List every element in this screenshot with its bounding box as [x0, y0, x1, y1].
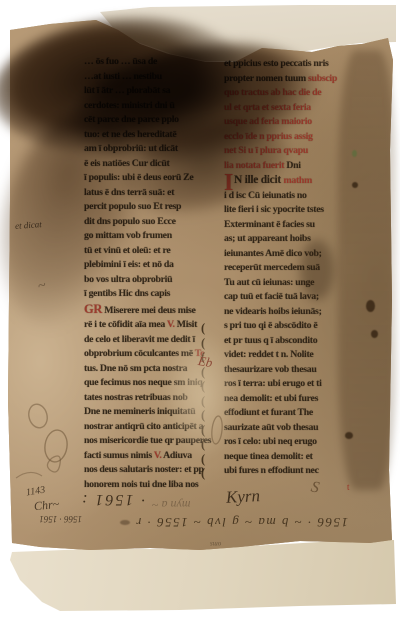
paraph-flourish: (: [201, 437, 205, 452]
body-text: obprobrium cōculcantes mē: [84, 348, 195, 359]
paraph-flourish: (: [201, 336, 205, 351]
ink-speck: [352, 182, 358, 188]
text-line: bo vos ultra obprobriū: [84, 273, 224, 288]
body-text: tates nostras retribuas nob: [84, 392, 188, 403]
text-line: ubi fures n effodiunt nec: [224, 464, 349, 479]
rubric-text: ul et qrta et sexta feria: [224, 102, 311, 113]
text-line: lia notata fuerit Dni: [224, 159, 349, 174]
text-line: i d isc Cū ieiunatis no: [224, 189, 349, 204]
body-text: Miserere mei deus mise: [102, 305, 195, 316]
text-line: latus ē dns terrā suā: et: [84, 186, 224, 201]
text-line: as; ut appareant hoibs: [224, 232, 349, 247]
body-text: que fecimus nos neque sm iniq: [84, 377, 202, 388]
body-text: tuo: et ne des hereditatē: [84, 129, 176, 140]
text-line: effodiunt et furant The: [224, 406, 349, 421]
body-text: ros ī terra: ubi erugo et ti: [224, 378, 322, 389]
body-text: cēt parce dne parce pplo: [84, 114, 179, 125]
rubric-text: usque ad feria maiorio: [224, 116, 312, 127]
text-line: lūt ī ātr … plorabāt sa: [84, 84, 224, 99]
text-line: ros ī celo: ubi neq erugo: [224, 435, 349, 450]
body-text: Adiuva: [162, 450, 192, 461]
text-line: ros ī terra: ubi erugo et ti: [224, 377, 349, 392]
ink-speck: [371, 330, 378, 338]
line-initial-flourish-chain: (((((((((((: [201, 321, 205, 481]
body-text: Misit: [175, 319, 197, 330]
text-line: ī gentibs Hic dns capis: [84, 287, 224, 302]
body-text: bo vos ultra obprobriū: [84, 274, 172, 285]
text-line: nea demolit: et ubi fures: [224, 392, 349, 407]
manuscript-photo: … ōs fuo … ūsa de…at iusti … nestibulūt …: [0, 0, 400, 623]
text-line: go mittam vob frumen: [84, 229, 224, 244]
body-text: … ōs fuo … ūsa de: [84, 56, 157, 67]
body-text: cerdotes: ministri dni ū: [84, 100, 175, 111]
body-text: …at iusti … nestibu: [84, 71, 162, 82]
body-text: propter nomen tuum: [224, 73, 308, 84]
text-line: saurizate aūt vob thesau: [224, 421, 349, 436]
inscription-dated-1556-1566: 1566 · ~ b ma ~ g lvb ~ 1556 · r: [56, 514, 348, 530]
body-text: ē eis natiōes Cur dicūt: [84, 158, 169, 169]
text-line: … ōs fuo … ūsa de: [84, 55, 224, 70]
text-line: propter nomen tuum subscip: [224, 72, 349, 87]
pen-trial-circles: [8, 398, 78, 503]
red-tick-mark: t: [347, 482, 350, 492]
inscription-faint-cursive: myn a ~: [152, 497, 190, 512]
inscription-kyrn: Kyrn: [225, 486, 260, 508]
ink-speck: [366, 300, 375, 312]
gutter-pen-oval: [208, 412, 226, 448]
text-line: cerdotes: ministri dni ū: [84, 99, 224, 114]
body-text: cap tuū et faciē tuā lava;: [224, 291, 319, 302]
ink-speck: [345, 432, 353, 439]
text-line: videt: reddet t n. Nolite: [224, 348, 349, 363]
rubric-text: quo tractus ab hac die de: [224, 87, 321, 98]
text-line: cap tuū et faciē tuā lava;: [224, 290, 349, 305]
body-text: plebimini ī eis: et nō da: [84, 259, 174, 270]
paraph-flourish: (: [201, 466, 205, 481]
body-text: facti sumus nimis: [84, 450, 154, 461]
text-line: tuo: et ne des hereditatē: [84, 128, 224, 143]
text-line: ne videaris hoibs ieiunās;: [224, 305, 349, 320]
rubric-text: ecclo īde n pprius assig: [224, 131, 313, 142]
body-text: tus. Dne nō sm pcta nostra: [84, 363, 187, 374]
green-fleck: [352, 150, 357, 157]
paraph-flourish: (: [201, 394, 205, 409]
body-text: tū et vinū et oleū: et re: [84, 245, 170, 256]
paraph-flourish: (: [201, 408, 205, 423]
text-line: ecclo īde n pprius assig: [224, 130, 349, 145]
text-line: tū et vinū et oleū: et re: [84, 244, 224, 259]
body-text: videt: reddet t n. Nolite: [224, 349, 313, 360]
text-line: plebimini ī eis: et nō da: [84, 258, 224, 273]
text-line: Exterminant ē facies su: [224, 218, 349, 233]
body-text: N ille dicit: [234, 174, 283, 186]
margin-note-et-dicat: et dicat: [15, 219, 42, 231]
body-text: nos deus salutaris noster: et pp: [84, 464, 204, 475]
body-text: nea demolit: et ubi fures: [224, 393, 318, 404]
stain-blotch: [300, 240, 334, 300]
body-text: ī populis: ubi ē deus eorū Ze: [84, 172, 193, 183]
body-text: ubi fures n effodiunt nec: [224, 465, 319, 476]
body-text: latus ē dns terrā suā: et: [84, 187, 174, 198]
text-line: ī populis: ubi ē deus eorū Ze: [84, 171, 224, 186]
text-line: neque tinea demolit: et: [224, 450, 349, 465]
body-text: percit populo suo Et resp: [84, 201, 181, 212]
rubric-text: subscip: [308, 73, 337, 84]
text-line: cēt parce dne parce pplo: [84, 113, 224, 128]
text-line: am ī obprobriū: ut dicāt: [84, 142, 224, 157]
body-text: dit dns populo suo Ecce: [84, 216, 176, 227]
ink-speck: [120, 520, 130, 525]
inscription-date-1561: · 1561 :: [80, 490, 145, 508]
body-text: Dni: [286, 160, 300, 171]
text-line: ul et qrta et sexta feria: [224, 101, 349, 116]
body-text: saurizate aūt vob thesau: [224, 422, 318, 433]
body-text: Dne ne memineris iniquitatū: [84, 406, 195, 417]
text-line: net Si u ī plura qvapu: [224, 144, 349, 159]
body-text: nostrar antiqrū cito anticipēt a: [84, 421, 203, 432]
paraph-flourish: (: [201, 379, 205, 394]
gutter-mark-eb: Eb: [197, 353, 214, 371]
paraph-flourish: (: [201, 452, 205, 467]
paraph-flourish: (: [201, 321, 205, 336]
body-text: as; ut appareant hoibs: [224, 233, 311, 244]
paraph-flourish: (: [201, 423, 205, 438]
text-line: et ppicius esto peccatis nris: [224, 57, 349, 72]
body-text: am ī obprobriū: ut dicāt: [84, 143, 178, 154]
body-text: lite fieri i sic ypocrite tstes: [224, 204, 324, 215]
body-text: i d isc Cū ieiunatis no: [224, 190, 307, 201]
text-line: …at iusti … nestibu: [84, 70, 224, 85]
text-line: percit populo suo Et resp: [84, 200, 224, 215]
text-line: GR Miserere mei deus mise: [84, 302, 224, 319]
text-line: usque ad feria maiorio: [224, 115, 349, 130]
body-text: et ppicius esto peccatis nris: [224, 58, 329, 69]
rubric-text: V.: [154, 450, 162, 461]
rubric-text: mathm: [284, 175, 312, 186]
rubric-text: GR: [84, 302, 102, 316]
text-line: quo tractus ab hac die de: [224, 86, 349, 101]
text-line: lite fieri i sic ypocrite tstes: [224, 203, 349, 218]
body-text: thesaurizare vob thesau: [224, 364, 317, 375]
text-line: ē eis natiōes Cur dicūt: [84, 157, 224, 172]
body-text: lūt ī ātr … plorabāt sa: [84, 85, 170, 96]
body-text: et pr tuus q ī abscondito: [224, 335, 317, 346]
body-text: neque tinea demolit: et: [224, 451, 313, 462]
text-line: dit dns populo suo Ecce: [84, 215, 224, 230]
text-line: et pr tuus q ī abscondito: [224, 334, 349, 349]
text-line: IN ille dicit mathm: [224, 173, 349, 189]
body-text: ros ī celo: ubi neq erugo: [224, 436, 317, 447]
body-text: ne videaris hoibs ieiunās;: [224, 306, 322, 317]
body-text: de celo et liberavit me dedit ī: [84, 334, 195, 345]
inscription-tiny-note: oms: [210, 540, 221, 548]
body-text: honorem nois tui dne liba nos: [84, 479, 198, 490]
text-line: s pri tuo qi ē abscōdito ē: [224, 319, 349, 334]
rubric-text: net Si u ī plura qvapu: [224, 145, 308, 156]
body-text: Exterminant ē facies su: [224, 219, 315, 230]
text-line: thesaurizare vob thesau: [224, 363, 349, 378]
body-text: rē i te cōfidit aīa mea: [84, 319, 167, 330]
body-text: effodiunt et furant The: [224, 407, 313, 418]
body-text: go mittam vob frumen: [84, 230, 172, 241]
body-text: ī gentibs Hic dns capis: [84, 288, 170, 299]
body-text: nos misericordie tue qr pauperes: [84, 435, 211, 446]
body-text: s pri tuo qi ē abscōdito ē: [224, 320, 317, 331]
rubric-text: V.: [167, 319, 175, 330]
rubric-text: lia notata fuerit: [224, 160, 286, 171]
